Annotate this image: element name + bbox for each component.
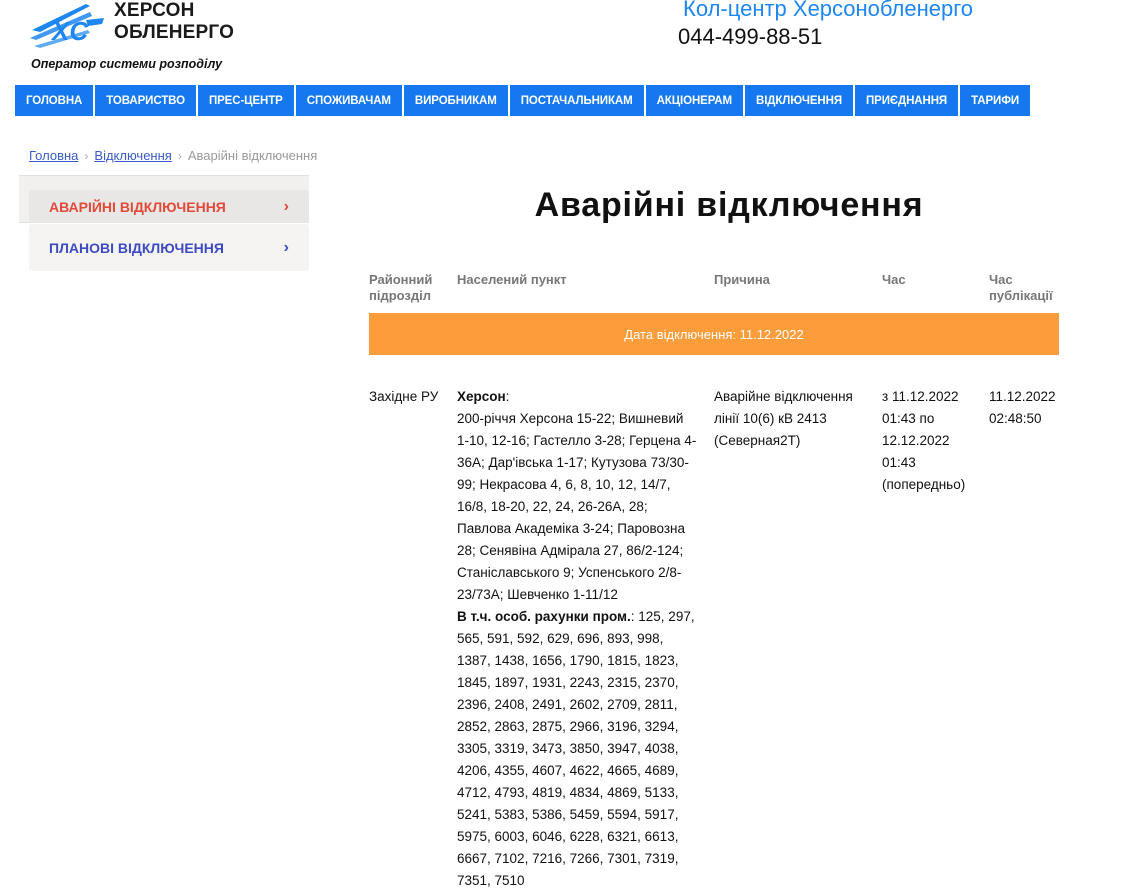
header-text: Час <box>989 272 1053 288</box>
cell-time: з 11.12.2022 01:43 по 12.12.2022 01:43 (… <box>882 386 982 496</box>
column-header-published: Час публікації <box>989 272 1053 304</box>
breadcrumb-separator: › <box>84 149 88 163</box>
sidebar-item-label: ПЛАНОВІ ВІДКЛЮЧЕННЯ <box>49 240 224 256</box>
breadcrumb-separator: › <box>178 149 182 163</box>
header-text: Населений пункт <box>457 272 567 288</box>
header-text: підрозділ <box>369 288 432 304</box>
svg-text:XC: XC <box>50 16 89 46</box>
logo-title-line1: ХЕРСОН <box>114 0 234 22</box>
chevron-right-icon: › <box>284 239 289 257</box>
cell-district: Західне РУ <box>369 386 449 408</box>
main-nav: ГОЛОВНА ТОВАРИСТВО ПРЕС-ЦЕНТР СПОЖИВАЧАМ… <box>15 85 1030 116</box>
breadcrumb-home[interactable]: Головна <box>29 148 78 163</box>
column-header-district: Районний підрозділ <box>369 272 432 304</box>
locality-colon: : <box>506 389 510 404</box>
company-logo[interactable]: XC ХЕРСОН ОБЛЕНЕРГО Оператор системи роз… <box>28 0 243 76</box>
header-text: Причина <box>714 272 770 288</box>
nav-item-press-center[interactable]: ПРЕС-ЦЕНТР <box>198 85 294 116</box>
cell-locality: Херсон: 200-річчя Херсона 15-22; Вишневи… <box>457 386 699 892</box>
header-text: публікації <box>989 288 1053 304</box>
nav-item-tariffs[interactable]: ТАРИФИ <box>960 85 1030 116</box>
column-header-locality: Населений пункт <box>457 272 567 288</box>
header-text: Час <box>882 272 906 288</box>
nav-item-outages[interactable]: ВІДКЛЮЧЕННЯ <box>745 85 853 116</box>
logo-title: ХЕРСОН ОБЛЕНЕРГО <box>114 0 234 44</box>
nav-item-consumers[interactable]: СПОЖИВАЧАМ <box>296 85 402 116</box>
breadcrumb: Головна › Відключення › Аварійні відключ… <box>29 148 317 163</box>
cell-reason: Аварійне відключення лінії 10(6) кВ 2413… <box>714 386 874 452</box>
callcenter-phone[interactable]: 044-499-88-51 <box>678 24 822 50</box>
page-title: Аварійні відключення <box>369 186 1089 225</box>
accounts-label: В т.ч. особ. рахунки пром. <box>457 609 631 624</box>
nav-item-home[interactable]: ГОЛОВНА <box>15 85 93 116</box>
logo-subtitle: Оператор системи розподілу <box>31 57 222 71</box>
sidebar-item-label: АВАРІЙНІ ВІДКЛЮЧЕННЯ <box>49 199 226 215</box>
nav-item-suppliers[interactable]: ПОСТАЧАЛЬНИКАМ <box>510 85 644 116</box>
nav-item-company[interactable]: ТОВАРИСТВО <box>95 85 196 116</box>
column-header-reason: Причина <box>714 272 770 288</box>
nav-item-shareholders[interactable]: АКЦІОНЕРАМ <box>646 85 743 116</box>
breadcrumb-outages[interactable]: Відключення <box>94 148 171 163</box>
header-text: Районний <box>369 272 432 288</box>
sidebar-item-emergency-outages[interactable]: АВАРІЙНІ ВІДКЛЮЧЕННЯ › <box>29 190 309 223</box>
sidebar-item-planned-outages[interactable]: ПЛАНОВІ ВІДКЛЮЧЕННЯ › <box>29 224 309 271</box>
chevron-right-icon: › <box>284 198 289 216</box>
locality-streets: 200-річчя Херсона 15-22; Вишневий 1-10, … <box>457 411 696 602</box>
breadcrumb-current: Аварійні відключення <box>188 148 317 163</box>
company-logo-icon: XC <box>28 0 106 52</box>
callcenter-label: Кол-центр Херсонобленерго <box>683 0 973 22</box>
nav-item-connection[interactable]: ПРИЄДНАННЯ <box>855 85 958 116</box>
column-header-time: Час <box>882 272 906 288</box>
locality-name: Херсон <box>457 389 506 404</box>
date-group-header: Дата відключення: 11.12.2022 <box>369 313 1059 355</box>
accounts-list: : 125, 297, 565, 591, 592, 629, 696, 893… <box>457 609 695 888</box>
logo-title-line2: ОБЛЕНЕРГО <box>114 22 234 44</box>
nav-item-producers[interactable]: ВИРОБНИКАМ <box>404 85 508 116</box>
cell-published: 11.12.2022 02:48:50 <box>989 386 1069 430</box>
